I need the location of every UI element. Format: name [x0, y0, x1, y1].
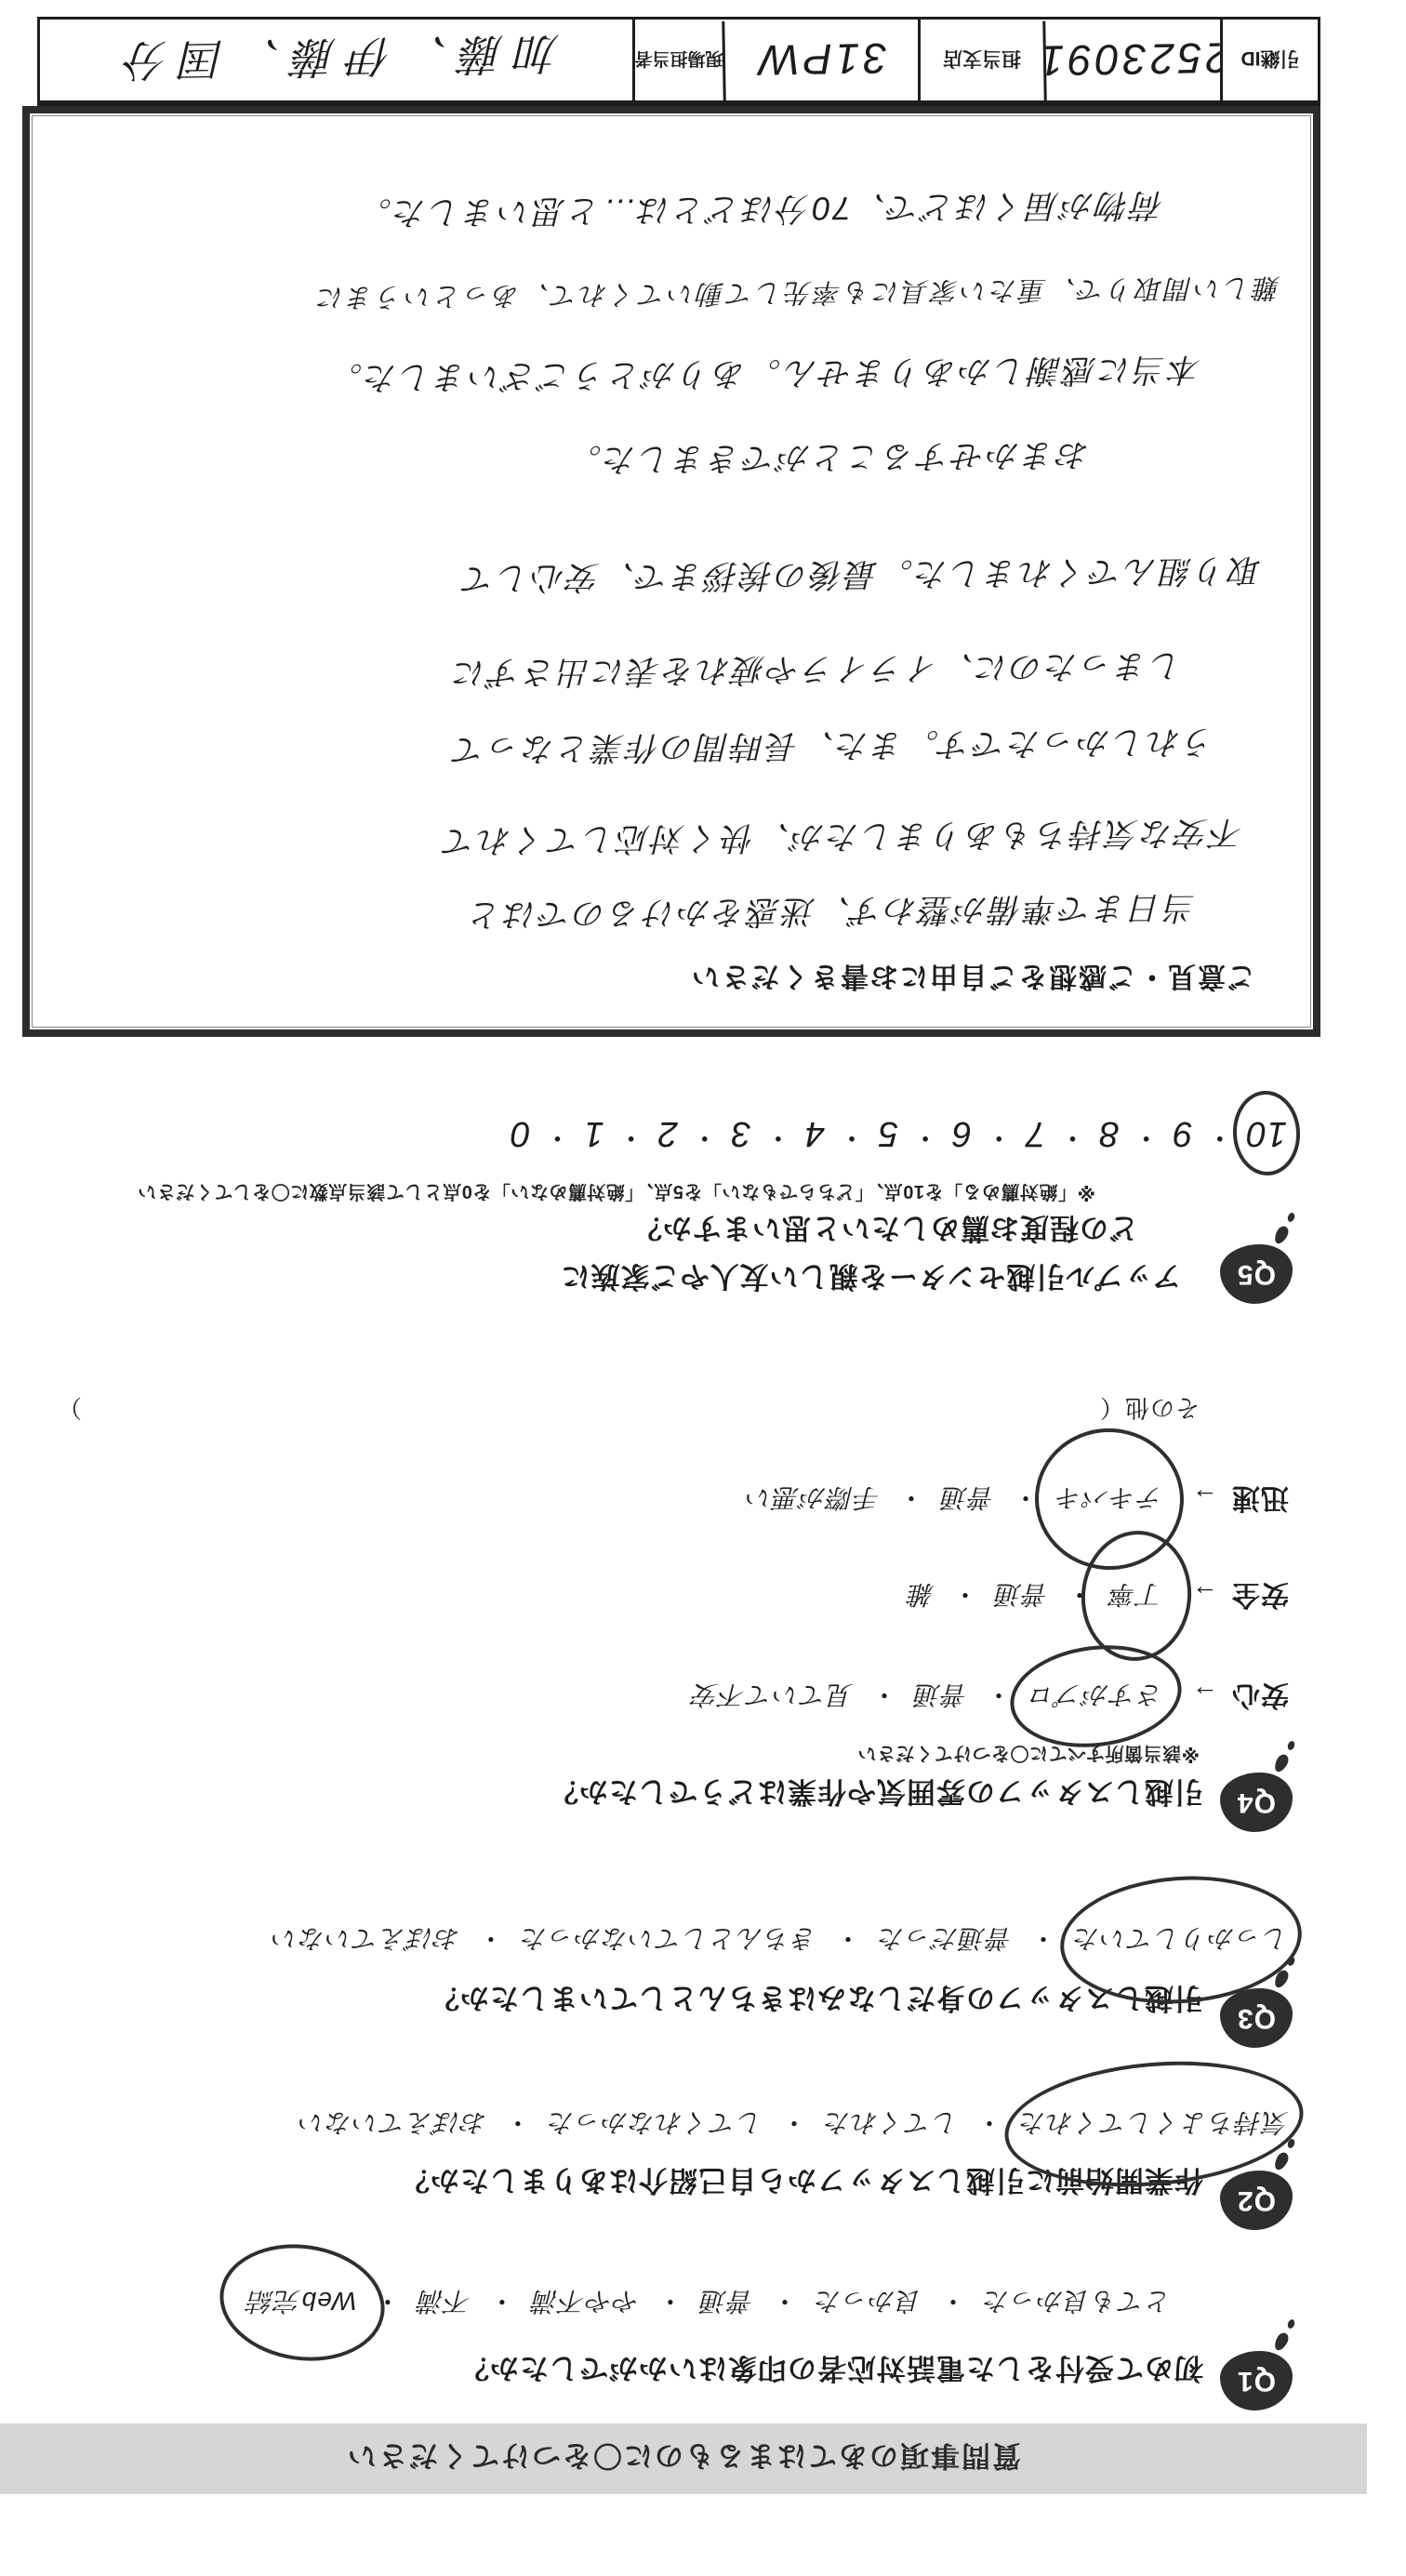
q2-option: してくれなかった	[548, 2105, 824, 2143]
q5-score-scale: 109876543210	[510, 1113, 1287, 1161]
q5-score: 5	[878, 1113, 951, 1161]
q5-question-line1: アップル引越センターを親しい友人やご家族に	[561, 1258, 1181, 1300]
q5-score: 7	[1025, 1113, 1098, 1161]
q4-option: 手際が悪い	[746, 1481, 941, 1518]
q4-row-category: 安心	[1231, 1680, 1289, 1710]
handwritten-line: うれしかったです。また、長時間の作業となって	[451, 721, 1216, 776]
handwritten-line: 本当に感謝しかありません。ありがとうございました。	[327, 348, 1201, 404]
q4-option-selected-circle: 丁寧	[1109, 1577, 1163, 1614]
staff-names-value: 加藤、伊藤、国分	[39, 14, 632, 105]
q1-option-selected-circle: Web完結	[247, 2284, 418, 2321]
q1-option: やや不満	[532, 2284, 700, 2321]
handwritten-line: 取り組んでくれました。最後の挨拶まで、安心して	[460, 549, 1262, 604]
q3-option: きちんとしていなかった	[521, 1921, 878, 1959]
q5-score: 0	[510, 1113, 583, 1161]
q5-question-line2: どの程度お薦めしたいと思いますか？	[632, 1210, 1138, 1252]
q4-option: 見ていて不安	[692, 1678, 914, 1715]
q1-option: とても良かった	[983, 2284, 1172, 2321]
q5-badge: Q5	[1220, 1244, 1293, 1304]
q1-badge-label: Q1	[1237, 2365, 1276, 2397]
q3-option: おぼえていない	[272, 1921, 521, 1959]
q2-badge-label: Q2	[1237, 2184, 1276, 2216]
branch-label: 担当支店	[918, 20, 1043, 100]
q5-score-selected-circle: 10	[1246, 1113, 1287, 1153]
q2-option: おぼえていない	[298, 2105, 548, 2143]
q4-row-jinsoku: 迅速→テキパキ普通手際が悪い	[746, 1481, 1289, 1521]
q4-option-selected-circle: さすがプロ	[1028, 1678, 1163, 1715]
staff-label: 現場担当者	[632, 20, 723, 100]
q3-option-selected-circle: しっかりしていた	[1073, 1921, 1289, 1959]
q2-option-selected-circle: 気持ちよくしてくれた	[1019, 2105, 1289, 2143]
q5-score: 3	[731, 1113, 804, 1161]
branch-value: 31PW	[722, 18, 918, 102]
handwritten-line: 当日まで準備が整わず、迷惑をかけるのではと	[467, 886, 1197, 940]
q1-question-text: 初めて受付をした電話対応者の印象はいかがでしたか？	[459, 2350, 1203, 2392]
q1-option: 普通	[700, 2284, 815, 2321]
q3-badge: Q3	[1220, 1988, 1293, 2048]
q3-option: 普通だった	[878, 1921, 1073, 1959]
q1-option: 不満	[418, 2284, 532, 2321]
q4-row-anshin: 安心→さすがプロ普通見ていて不安	[692, 1678, 1289, 1719]
q4-badge: Q4	[1220, 1773, 1293, 1832]
q5-score: 2	[657, 1113, 731, 1161]
survey-document-rotated-180: 質問事項のあてはまるものに〇をつけてください Q1 初めて受付をした電話対応者の…	[0, 0, 1406, 2576]
comment-box-header: ご意見・ご感想をご自由にお書きください	[690, 959, 1255, 1000]
q2-option: してくれた	[824, 2105, 1019, 2143]
instruction-banner: 質問事項のあてはまるものに〇をつけてください	[0, 2423, 1367, 2494]
q1-options: とても良かった良かった普通やや不満不満Web完結	[247, 2284, 1172, 2321]
q3-badge-label: Q3	[1237, 2002, 1276, 2034]
handwritten-line: 難しい間取りで、重たい家具にも率先して動いてくれて、あっというまに	[315, 271, 1280, 319]
handwritten-line: しまったのに、イライラや疲れを表に出さずに	[451, 644, 1183, 698]
q1-option: 良かった	[815, 2284, 983, 2321]
right-arrow-icon: →	[1191, 1580, 1218, 1609]
right-arrow-icon: →	[1191, 1680, 1218, 1709]
q4-row-category: 迅速	[1231, 1482, 1289, 1513]
q4-option: 雑	[908, 1577, 995, 1614]
q5-badge-label: Q5	[1237, 1258, 1276, 1290]
q1-badge: Q1	[1220, 2351, 1293, 2410]
q2-badge: Q2	[1220, 2171, 1293, 2230]
q5-note: ※「絶対薦める」を10点、「どちらでもない」を5点、「絶対薦めない」を0点として…	[138, 1180, 1095, 1207]
q4-badge-label: Q4	[1237, 1786, 1276, 1818]
comment-box: ご意見・ご感想をご自由にお書きください 当日まで準備が整わず、迷惑をかけるのでは…	[22, 106, 1320, 1037]
q5-score: 1	[583, 1113, 657, 1161]
instruction-banner-text: 質問事項のあてはまるものに〇をつけてください	[346, 2438, 1021, 2480]
q4-other-close: ）	[57, 1392, 82, 1427]
q4-row-category: 安全	[1231, 1579, 1289, 1610]
q5-score: 6	[951, 1113, 1025, 1161]
handoff-id-value: 2523091	[1042, 18, 1220, 101]
q4-other-open: その他（	[1099, 1392, 1200, 1427]
q5-score: 8	[1098, 1113, 1172, 1161]
handwritten-line: 不安な気持ちもありましたが、快く対応してくれて	[441, 811, 1243, 866]
q3-question-text: 引越しスタッフの身だしなみはきちんとしていましたか？	[430, 1980, 1203, 2022]
handwritten-line: 荷物が届くほどで、70分ほどとは…と思いました。	[357, 183, 1165, 238]
q2-options: 気持ちよくしてくれたしてくれたしてくれなかったおぼえていない	[298, 2105, 1289, 2143]
handwritten-line: おまかせすることができました。	[566, 433, 1090, 485]
q5-score: 4	[804, 1113, 878, 1161]
right-arrow-icon: →	[1191, 1483, 1218, 1512]
q3-options: しっかりしていた普通だったきちんとしていなかったおぼえていない	[272, 1921, 1289, 1959]
q4-note: ※該当箇所すべてに〇をつけてください	[857, 1742, 1200, 1769]
q4-question-text: 引越しスタッフの雰囲気や作業はどうでしたか？	[549, 1773, 1203, 1815]
q4-row-anzen: 安全→丁寧普通雑	[908, 1577, 1289, 1618]
handoff-id-label: 引継ID	[1220, 20, 1318, 100]
handoff-table: 引継ID 2523091 担当支店 31PW 現場担当者 加藤、伊藤、国分	[37, 17, 1320, 106]
scanned-survey-sheet: 質問事項のあてはまるものに〇をつけてください Q1 初めて受付をした電話対応者の…	[0, 0, 1406, 2576]
q4-option-selected-circle: テキパキ	[1055, 1481, 1163, 1518]
